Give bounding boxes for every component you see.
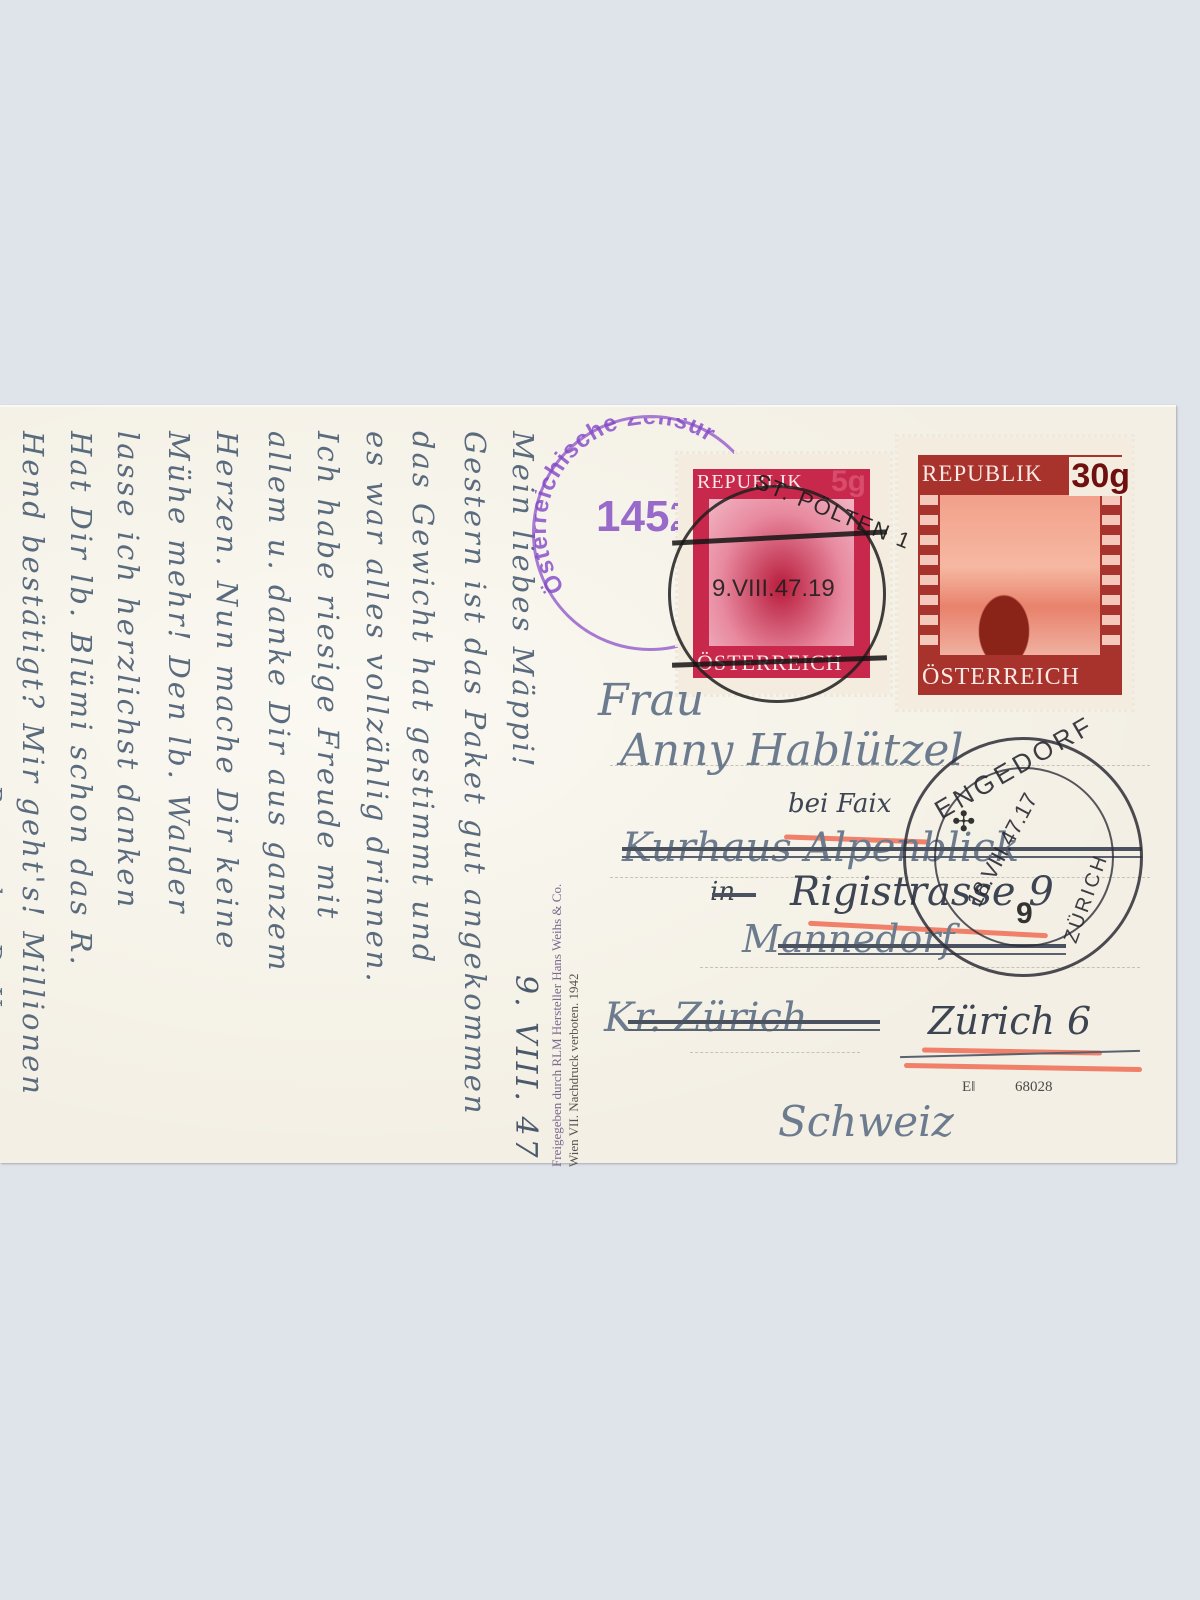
red-crayon-mark xyxy=(904,1063,1142,1072)
printer-mark: E‖ xyxy=(962,1079,975,1096)
origin-postmark-date: 9.VIII.47.19 xyxy=(712,575,835,603)
address-salutation: Frau xyxy=(598,675,704,726)
address-guideline xyxy=(700,967,1140,968)
address-new-city: Zürich 6 xyxy=(928,999,1091,1043)
message-line: Hat Dir lb. Blümi schon das R. xyxy=(66,431,95,968)
message-line: allem u. danke Dir aus ganzem xyxy=(264,431,293,973)
message-signature: Busserl v. D. U. xyxy=(0,785,4,1017)
address-country: Schweiz xyxy=(778,1097,954,1146)
message-line: Hend bestätigt? Mir geht's! Millionen xyxy=(18,431,47,1097)
stamp-border-ornament xyxy=(920,495,938,655)
stamp-frame: REPUBLIK 30g ÖSTERREICH xyxy=(918,455,1122,695)
message-line: Mein liebes Mäppi! xyxy=(508,431,537,770)
address-name: Anny Hablützel xyxy=(620,725,963,776)
message-line: Mühe mehr! Den lb. Walder xyxy=(164,431,193,916)
postcard: Mein liebes Mäppi! Gestern ist das Paket… xyxy=(0,405,1176,1163)
strikethrough xyxy=(628,1020,880,1024)
swiss-cross-icon: ✣ xyxy=(952,805,975,838)
message-line: Gestern ist das Paket gut angekommen xyxy=(460,431,489,1117)
message-line: Herzen. Nun mache Dir keine xyxy=(212,431,241,951)
message-line: das Gewicht hat gestimmt und xyxy=(408,431,437,965)
stamp-country-bottom: ÖSTERREICH xyxy=(918,664,1122,691)
address-old-line-4: Kr. Zürich xyxy=(604,995,808,1041)
message-line: es war alles vollzählig drinnen. xyxy=(362,431,391,985)
strikethrough xyxy=(712,893,756,897)
message-date: 9. VIII. 47 xyxy=(510,975,540,1161)
address-prefix-struck: in xyxy=(710,877,735,907)
strikethrough xyxy=(628,1029,880,1031)
imprint-line-1: Freigegeben durch RLM Hersteller Hans We… xyxy=(548,647,565,1167)
address-forward-line: bei Faix xyxy=(788,789,891,819)
printer-code: 68028 xyxy=(1015,1079,1053,1096)
publisher-imprint: Freigegeben durch RLM Hersteller Hans We… xyxy=(548,647,588,1167)
stamp-border-ornament xyxy=(1102,495,1120,655)
address-guideline xyxy=(690,1052,860,1053)
stamp-value: 5g xyxy=(831,465,866,499)
stamp-lake-sunrise-image xyxy=(940,495,1100,655)
message-line: lasse ich herzlichst danken xyxy=(113,431,142,910)
message-line: Ich habe riesige Freude mit xyxy=(313,431,342,921)
handwritten-message: Mein liebes Mäppi! Gestern ist das Paket… xyxy=(10,415,570,1155)
stamp-value: 30g xyxy=(1069,457,1132,496)
imprint-line-2: Wien VII. Nachdruck verboten. 1942 xyxy=(565,647,582,1167)
postage-stamp-30g: REPUBLIK 30g ÖSTERREICH xyxy=(898,437,1132,709)
destination-postmark-district: 9 xyxy=(1016,897,1033,931)
